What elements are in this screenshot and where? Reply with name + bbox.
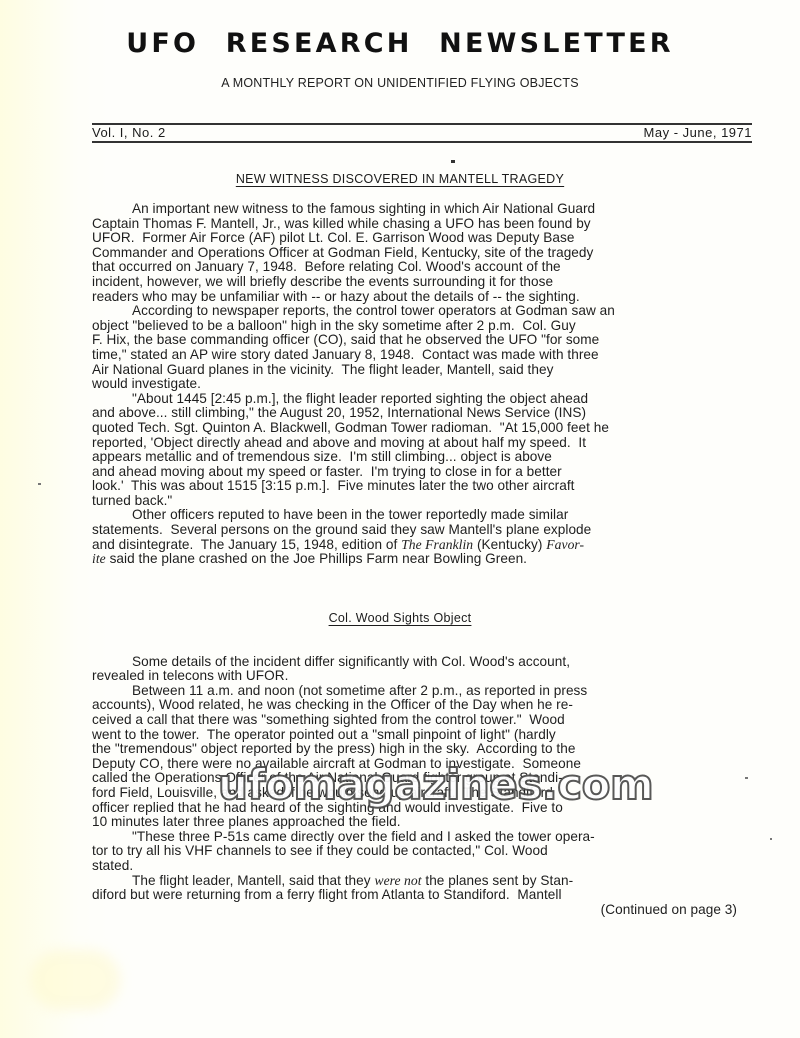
- text-line: Air National Guard planes in the vicinit…: [92, 363, 772, 378]
- print-speck: [770, 838, 772, 840]
- text-run: the planes sent by Stan-: [422, 873, 574, 888]
- article-section-1: An important new witness to the famous s…: [92, 202, 772, 567]
- text-line-ite: ite said the plane crashed on the Joe Ph…: [92, 552, 772, 567]
- newsletter-masthead: UFO RESEARCH NEWSLETTER: [0, 28, 800, 59]
- text-line: stated.: [92, 859, 772, 874]
- paper-stain: [30, 950, 120, 1010]
- text-line: ceived a call that there was "something …: [92, 713, 772, 728]
- text-line: Commander and Operations Officer at Godm…: [92, 246, 772, 261]
- article-headline: NEW WITNESS DISCOVERED IN MANTELL TRAGED…: [0, 172, 800, 186]
- text-run: and disintegrate. The January 15, 1948, …: [92, 537, 401, 552]
- text-run: (Kentucky): [473, 537, 546, 552]
- italic-text: ite: [92, 551, 106, 566]
- text-line: Between 11 a.m. and noon (not sometime a…: [92, 684, 772, 699]
- text-run: said the plane crashed on the Joe Philli…: [106, 551, 527, 566]
- text-line: Some details of the incident differ sign…: [92, 655, 772, 670]
- continued-note: (Continued on page 3): [92, 903, 772, 918]
- text-line: look.' This was about 1515 [3:15 p.m.]. …: [92, 479, 772, 494]
- italic-text: were not: [374, 873, 421, 888]
- text-line: "About 1445 [2:45 p.m.], the flight lead…: [92, 392, 772, 407]
- issue-date: May - June, 1971: [644, 125, 752, 141]
- subheading-text: Col. Wood Sights Object: [329, 611, 472, 625]
- print-speck: [451, 160, 455, 163]
- text-line: quoted Tech. Sgt. Quinton A. Blackwell, …: [92, 421, 772, 436]
- text-line: tor to try all his VHF channels to see i…: [92, 844, 772, 859]
- text-line: F. Hix, the base commanding officer (CO)…: [92, 333, 772, 348]
- text-line: diford but were returning from a ferry f…: [92, 888, 772, 903]
- text-line: and above... still climbing," the August…: [92, 406, 772, 421]
- text-line: An important new witness to the famous s…: [92, 202, 772, 217]
- text-line: went to the tower. The operator pointed …: [92, 728, 772, 743]
- text-line: object "believed to be a balloon" high i…: [92, 319, 772, 334]
- text-run: The flight leader, Mantell, said that th…: [132, 873, 374, 888]
- masthead-word: NEWSLETTER: [439, 28, 674, 59]
- text-line: Other officers reputed to have been in t…: [92, 508, 772, 523]
- italic-text: Favor-: [546, 537, 584, 552]
- text-line: that occurred on January 7, 1948. Before…: [92, 260, 772, 275]
- print-speck: [745, 777, 748, 779]
- text-line: would investigate.: [92, 377, 772, 392]
- masthead-word: UFO: [126, 28, 199, 59]
- text-line: revealed in telecons with UFOR.: [92, 669, 772, 684]
- text-line: readers who may be unfamiliar with -- or…: [92, 290, 772, 305]
- italic-text: The Franklin: [401, 537, 473, 552]
- section-subheading: Col. Wood Sights Object: [0, 611, 800, 625]
- text-line: incident, however, we will briefly descr…: [92, 275, 772, 290]
- masthead-word: RESEARCH: [226, 28, 413, 59]
- text-line-franklin: and disintegrate. The January 15, 1948, …: [92, 538, 772, 553]
- text-line: turned back.": [92, 494, 772, 509]
- text-line: reported, 'Object directly ahead and abo…: [92, 436, 772, 451]
- text-line: time," stated an AP wire story dated Jan…: [92, 348, 772, 363]
- text-line: and ahead moving about my speed or faste…: [92, 465, 772, 480]
- text-line: According to newspaper reports, the cont…: [92, 304, 772, 319]
- text-line: appears metallic and of tremendous size.…: [92, 450, 772, 465]
- text-line: 10 minutes later three planes approached…: [92, 815, 772, 830]
- text-line: UFOR. Former Air Force (AF) pilot Lt. Co…: [92, 231, 772, 246]
- text-line-were-not: The flight leader, Mantell, said that th…: [92, 874, 772, 889]
- text-line: the "tremendous" object reported by the …: [92, 742, 772, 757]
- text-line: accounts), Wood related, he was checking…: [92, 698, 772, 713]
- newsletter-subtitle: A MONTHLY REPORT ON UNIDENTIFIED FLYING …: [0, 76, 800, 90]
- headline-text: NEW WITNESS DISCOVERED IN MANTELL TRAGED…: [236, 172, 564, 186]
- blank-line: [92, 640, 772, 655]
- watermark: ufomagazines.com: [218, 760, 653, 809]
- text-line: Captain Thomas F. Mantell, Jr., was kill…: [92, 217, 772, 232]
- print-speck: [38, 483, 41, 485]
- issue-bar: Vol. I, No. 2 May - June, 1971: [92, 123, 752, 143]
- issue-volume: Vol. I, No. 2: [92, 125, 166, 141]
- text-line: statements. Several persons on the groun…: [92, 523, 772, 538]
- text-line: "These three P-51s came directly over th…: [92, 830, 772, 845]
